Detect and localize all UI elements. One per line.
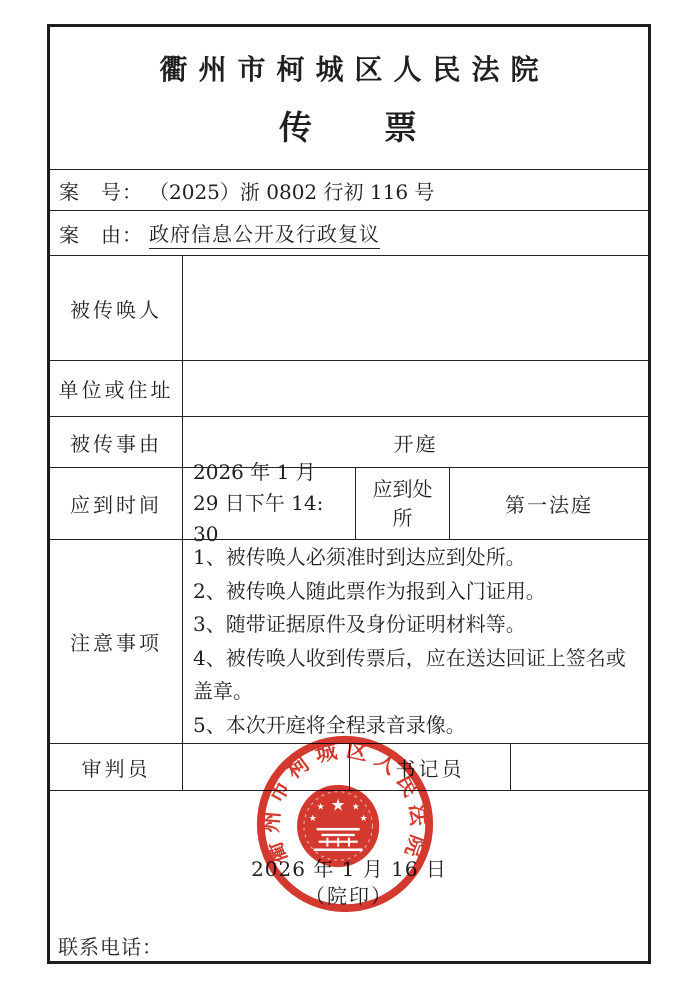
judge-clerk-row: 审判员 书记员 xyxy=(50,743,648,790)
note-item-4: 4、被传唤人收到传票后，应在送达回证上签名或盖章。 xyxy=(193,642,642,709)
summoned-person-row: 被传唤人 xyxy=(50,255,648,360)
appearance-place-value: 第一法庭 xyxy=(449,468,648,539)
address-row: 单位或住址 xyxy=(50,360,648,416)
notes-list: 1、被传唤人必须准时到达应到处所。 2、被传唤人随此票作为报到入门证用。 3、随… xyxy=(182,540,648,743)
note-item-3: 3、随带证据原件及身份证明材料等。 xyxy=(193,608,642,642)
summons-reason-row: 被传事由 开庭 xyxy=(50,416,648,467)
case-cause-row: 案 由： 政府信息公开及行政复议 xyxy=(50,210,648,255)
summons-reason-label: 被传事由 xyxy=(50,417,182,467)
summons-document-page: 衢州市柯城区人民法院 传 票 案 号： （2025）浙 0802 行初 116 … xyxy=(0,0,695,1003)
notes-row: 注意事项 1、被传唤人必须准时到达应到处所。 2、被传唤人随此票作为报到入门证用… xyxy=(50,539,648,743)
issue-date: 2026 年 1 月 16 日 xyxy=(50,853,648,882)
appearance-time-value: 2026 年 1 月 29 日下午 14: 30 xyxy=(182,468,355,539)
case-cause-label: 案 由： xyxy=(59,219,143,248)
appearance-time-label: 应到时间 xyxy=(50,468,182,539)
note-item-1: 1、被传唤人必须准时到达应到处所。 xyxy=(193,541,642,575)
judge-value xyxy=(182,744,349,790)
footer-section: 2026 年 1 月 16 日 （院印） 联系电话： xyxy=(50,790,648,961)
document-title: 传 票 xyxy=(279,102,419,149)
case-number-row: 案 号： （2025）浙 0802 行初 116 号 xyxy=(50,169,648,210)
notes-label: 注意事项 xyxy=(50,540,182,743)
summoned-person-value xyxy=(182,256,648,360)
address-value xyxy=(182,361,648,416)
appearance-place-label: 应到处所 xyxy=(355,468,449,539)
address-label: 单位或住址 xyxy=(50,361,182,416)
summoned-person-label: 被传唤人 xyxy=(50,256,182,360)
case-number-value: （2025）浙 0802 行初 116 号 xyxy=(149,176,434,205)
case-cause-value: 政府信息公开及行政复议 xyxy=(149,218,380,249)
document-header: 衢州市柯城区人民法院 传 票 xyxy=(50,27,648,169)
note-item-5: 5、本次开庭将全程录音录像。 xyxy=(193,709,642,743)
note-item-2: 2、被传唤人随此票作为报到入门证用。 xyxy=(193,575,642,609)
case-number-label: 案 号： xyxy=(59,176,143,205)
seal-caption: （院印） xyxy=(50,880,648,909)
clerk-label: 书记员 xyxy=(349,744,510,790)
contact-phone-label: 联系电话： xyxy=(58,931,163,960)
court-name: 衢州市柯城区人民法院 xyxy=(148,48,549,88)
judge-label: 审判员 xyxy=(50,744,182,790)
summons-table: 衢州市柯城区人民法院 传 票 案 号： （2025）浙 0802 行初 116 … xyxy=(47,24,651,964)
clerk-value xyxy=(510,744,648,790)
appearance-time-row: 应到时间 2026 年 1 月 29 日下午 14: 30 应到处所 第一法庭 xyxy=(50,467,648,539)
